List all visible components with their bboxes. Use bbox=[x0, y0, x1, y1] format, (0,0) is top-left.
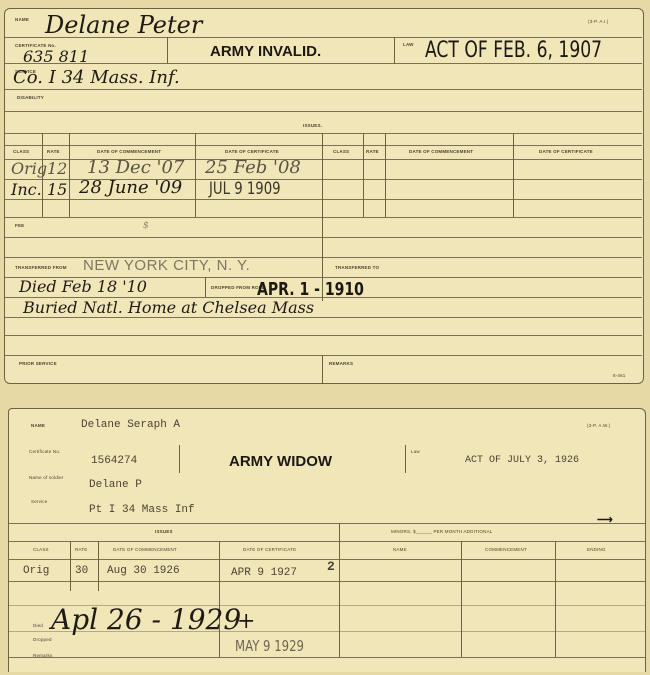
col-divider bbox=[363, 133, 364, 217]
service-value: Pt I 34 Mass Inf bbox=[89, 504, 195, 516]
col-divider bbox=[339, 523, 340, 657]
issues-header-commencement: DATE OF COMMENCEMENT bbox=[97, 149, 161, 154]
row-divider bbox=[5, 237, 642, 238]
col-divider bbox=[322, 355, 323, 383]
minors-header-name: NAME bbox=[393, 547, 407, 552]
col-divider bbox=[385, 133, 386, 217]
issues-header-certificate: DATE OF CERTIFICATE bbox=[225, 149, 279, 154]
fee-label: FEE bbox=[15, 223, 24, 228]
class-title: ARMY INVALID. bbox=[210, 43, 321, 60]
row-divider bbox=[5, 355, 642, 356]
name-label: NAME bbox=[31, 423, 45, 428]
remarks-label: Remarks bbox=[33, 653, 52, 658]
death-note-line2: Buried Natl. Home at Chelsea Mass bbox=[23, 298, 314, 317]
issue-rate: 15 bbox=[47, 180, 67, 199]
issues-right-header-commencement: DATE OF COMMENCEMENT bbox=[409, 149, 473, 154]
row-divider bbox=[5, 199, 642, 200]
col-divider bbox=[322, 133, 323, 301]
row-divider bbox=[5, 133, 642, 134]
pension-card-army-invalid: NAME Delane Peter (3-P. A.I.) CERTIFICAT… bbox=[4, 8, 644, 384]
law-label: LAW bbox=[403, 42, 414, 47]
issue-class: Inc. bbox=[11, 180, 42, 199]
died-label: Died bbox=[33, 623, 43, 628]
soldier-value: Delane P bbox=[89, 479, 142, 491]
issues-header-certificate: DATE OF CERTIFICATE bbox=[243, 547, 296, 552]
issue-commencement: 28 June '09 bbox=[79, 177, 182, 198]
footer-code: 8-461 bbox=[613, 373, 626, 378]
col-divider bbox=[205, 277, 206, 297]
row-divider bbox=[5, 217, 642, 218]
issue-class: Orig bbox=[11, 159, 47, 178]
col-divider bbox=[167, 37, 168, 63]
issue-class: Orig bbox=[23, 565, 49, 577]
col-divider bbox=[555, 541, 556, 657]
issue-certificate: 25 Feb '08 bbox=[205, 157, 301, 178]
col-divider bbox=[98, 541, 99, 591]
row-divider bbox=[5, 63, 642, 64]
col-divider bbox=[394, 37, 395, 63]
minors-header-commencement: COMMENCEMENT bbox=[485, 547, 527, 552]
row-divider bbox=[5, 111, 642, 112]
issues-right-header-class: CLASS bbox=[333, 149, 349, 154]
issues-header-class: CLASS bbox=[33, 547, 49, 552]
prior-service-label: PRIOR SERVICE bbox=[19, 361, 57, 366]
col-divider bbox=[69, 133, 70, 217]
name-value: Delane Peter bbox=[45, 11, 202, 39]
issue-commencement: 13 Dec '07 bbox=[87, 157, 184, 178]
col-divider bbox=[179, 445, 180, 473]
dropped-value: APR. 1 - 1910 bbox=[257, 279, 364, 300]
row-divider bbox=[5, 89, 642, 90]
certificate-label: Certificate No. bbox=[29, 449, 61, 454]
col-divider bbox=[195, 133, 196, 217]
col-divider bbox=[405, 445, 406, 473]
transferred-from-value: NEW YORK CITY, N. Y. bbox=[83, 257, 250, 274]
minors-title: MINORS, $______ PER MONTH ADDITIONAL bbox=[391, 529, 492, 534]
certificate-value: 1564274 bbox=[91, 455, 137, 467]
row-divider bbox=[9, 523, 645, 524]
soldier-label: Name of soldier bbox=[29, 475, 64, 480]
row-divider bbox=[9, 581, 645, 582]
issues-header-rate: RATE bbox=[47, 149, 60, 154]
law-value: ACT OF FEB. 6, 1907 bbox=[425, 38, 602, 63]
row-divider bbox=[9, 541, 645, 542]
row-divider bbox=[5, 317, 642, 318]
dropped-label: Dropped bbox=[33, 637, 52, 642]
minors-header-ending: ENDING bbox=[587, 547, 606, 552]
cross-mark: + bbox=[237, 609, 255, 634]
law-label: Law bbox=[411, 449, 420, 454]
transferred-to-label: TRANSFERRED TO bbox=[335, 265, 379, 270]
row-divider bbox=[5, 145, 642, 146]
fee-value: $ bbox=[143, 221, 149, 231]
issues-title: ISSUES. bbox=[303, 123, 322, 128]
issue-commencement: Aug 30 1926 bbox=[107, 565, 180, 577]
issue-rate: 12 bbox=[47, 159, 67, 178]
service-value: Co. I 34 Mass. Inf. bbox=[13, 67, 180, 88]
col-divider bbox=[70, 541, 71, 591]
issues-header-commencement: DATE OF COMMENCEMENT bbox=[113, 547, 177, 552]
issues-header-class: CLASS bbox=[13, 149, 29, 154]
col-divider bbox=[219, 541, 220, 657]
death-note-line1: Died Feb 18 '10 bbox=[19, 277, 147, 296]
name-label: NAME bbox=[15, 17, 29, 22]
remarks-label: REMARKS bbox=[329, 361, 353, 366]
issues-right-header-certificate: DATE OF CERTIFICATE bbox=[539, 149, 593, 154]
service-label: Service bbox=[31, 499, 47, 504]
form-code: (3-P. A.W.) bbox=[587, 423, 610, 428]
issue-rate: 30 bbox=[75, 565, 88, 577]
issue-certificate: APR 9 1927 bbox=[231, 567, 297, 579]
certificate-value: 635 811 bbox=[23, 47, 89, 66]
issues-header-rate: RATE bbox=[75, 547, 87, 552]
issue-certificate: JUL 9 1909 bbox=[209, 179, 281, 199]
row-divider bbox=[5, 335, 642, 336]
arrow-mark: ⟶ bbox=[597, 513, 613, 526]
col-divider bbox=[461, 541, 462, 657]
col-divider bbox=[513, 133, 514, 217]
form-code: (3-P. A.I.) bbox=[588, 19, 609, 24]
issues-right-header-rate: RATE bbox=[366, 149, 379, 154]
class-title: ARMY WIDOW bbox=[229, 453, 332, 470]
dropped-value: MAY 9 1929 bbox=[235, 637, 304, 655]
name-value: Delane Seraph A bbox=[81, 419, 180, 431]
row-divider bbox=[9, 657, 645, 658]
issues-title: ISSUES bbox=[155, 529, 173, 534]
died-value: Apl 26 - 1929 bbox=[51, 603, 241, 636]
issue-mark: 2 bbox=[327, 559, 335, 574]
law-value: ACT OF JULY 3, 1926 bbox=[465, 455, 579, 466]
transferred-from-label: TRANSFERRED FROM bbox=[15, 265, 67, 270]
disability-label: DISABILITY bbox=[17, 95, 44, 100]
pension-card-army-widow: NAME Delane Seraph A (3-P. A.W.) Certifi… bbox=[8, 408, 646, 672]
